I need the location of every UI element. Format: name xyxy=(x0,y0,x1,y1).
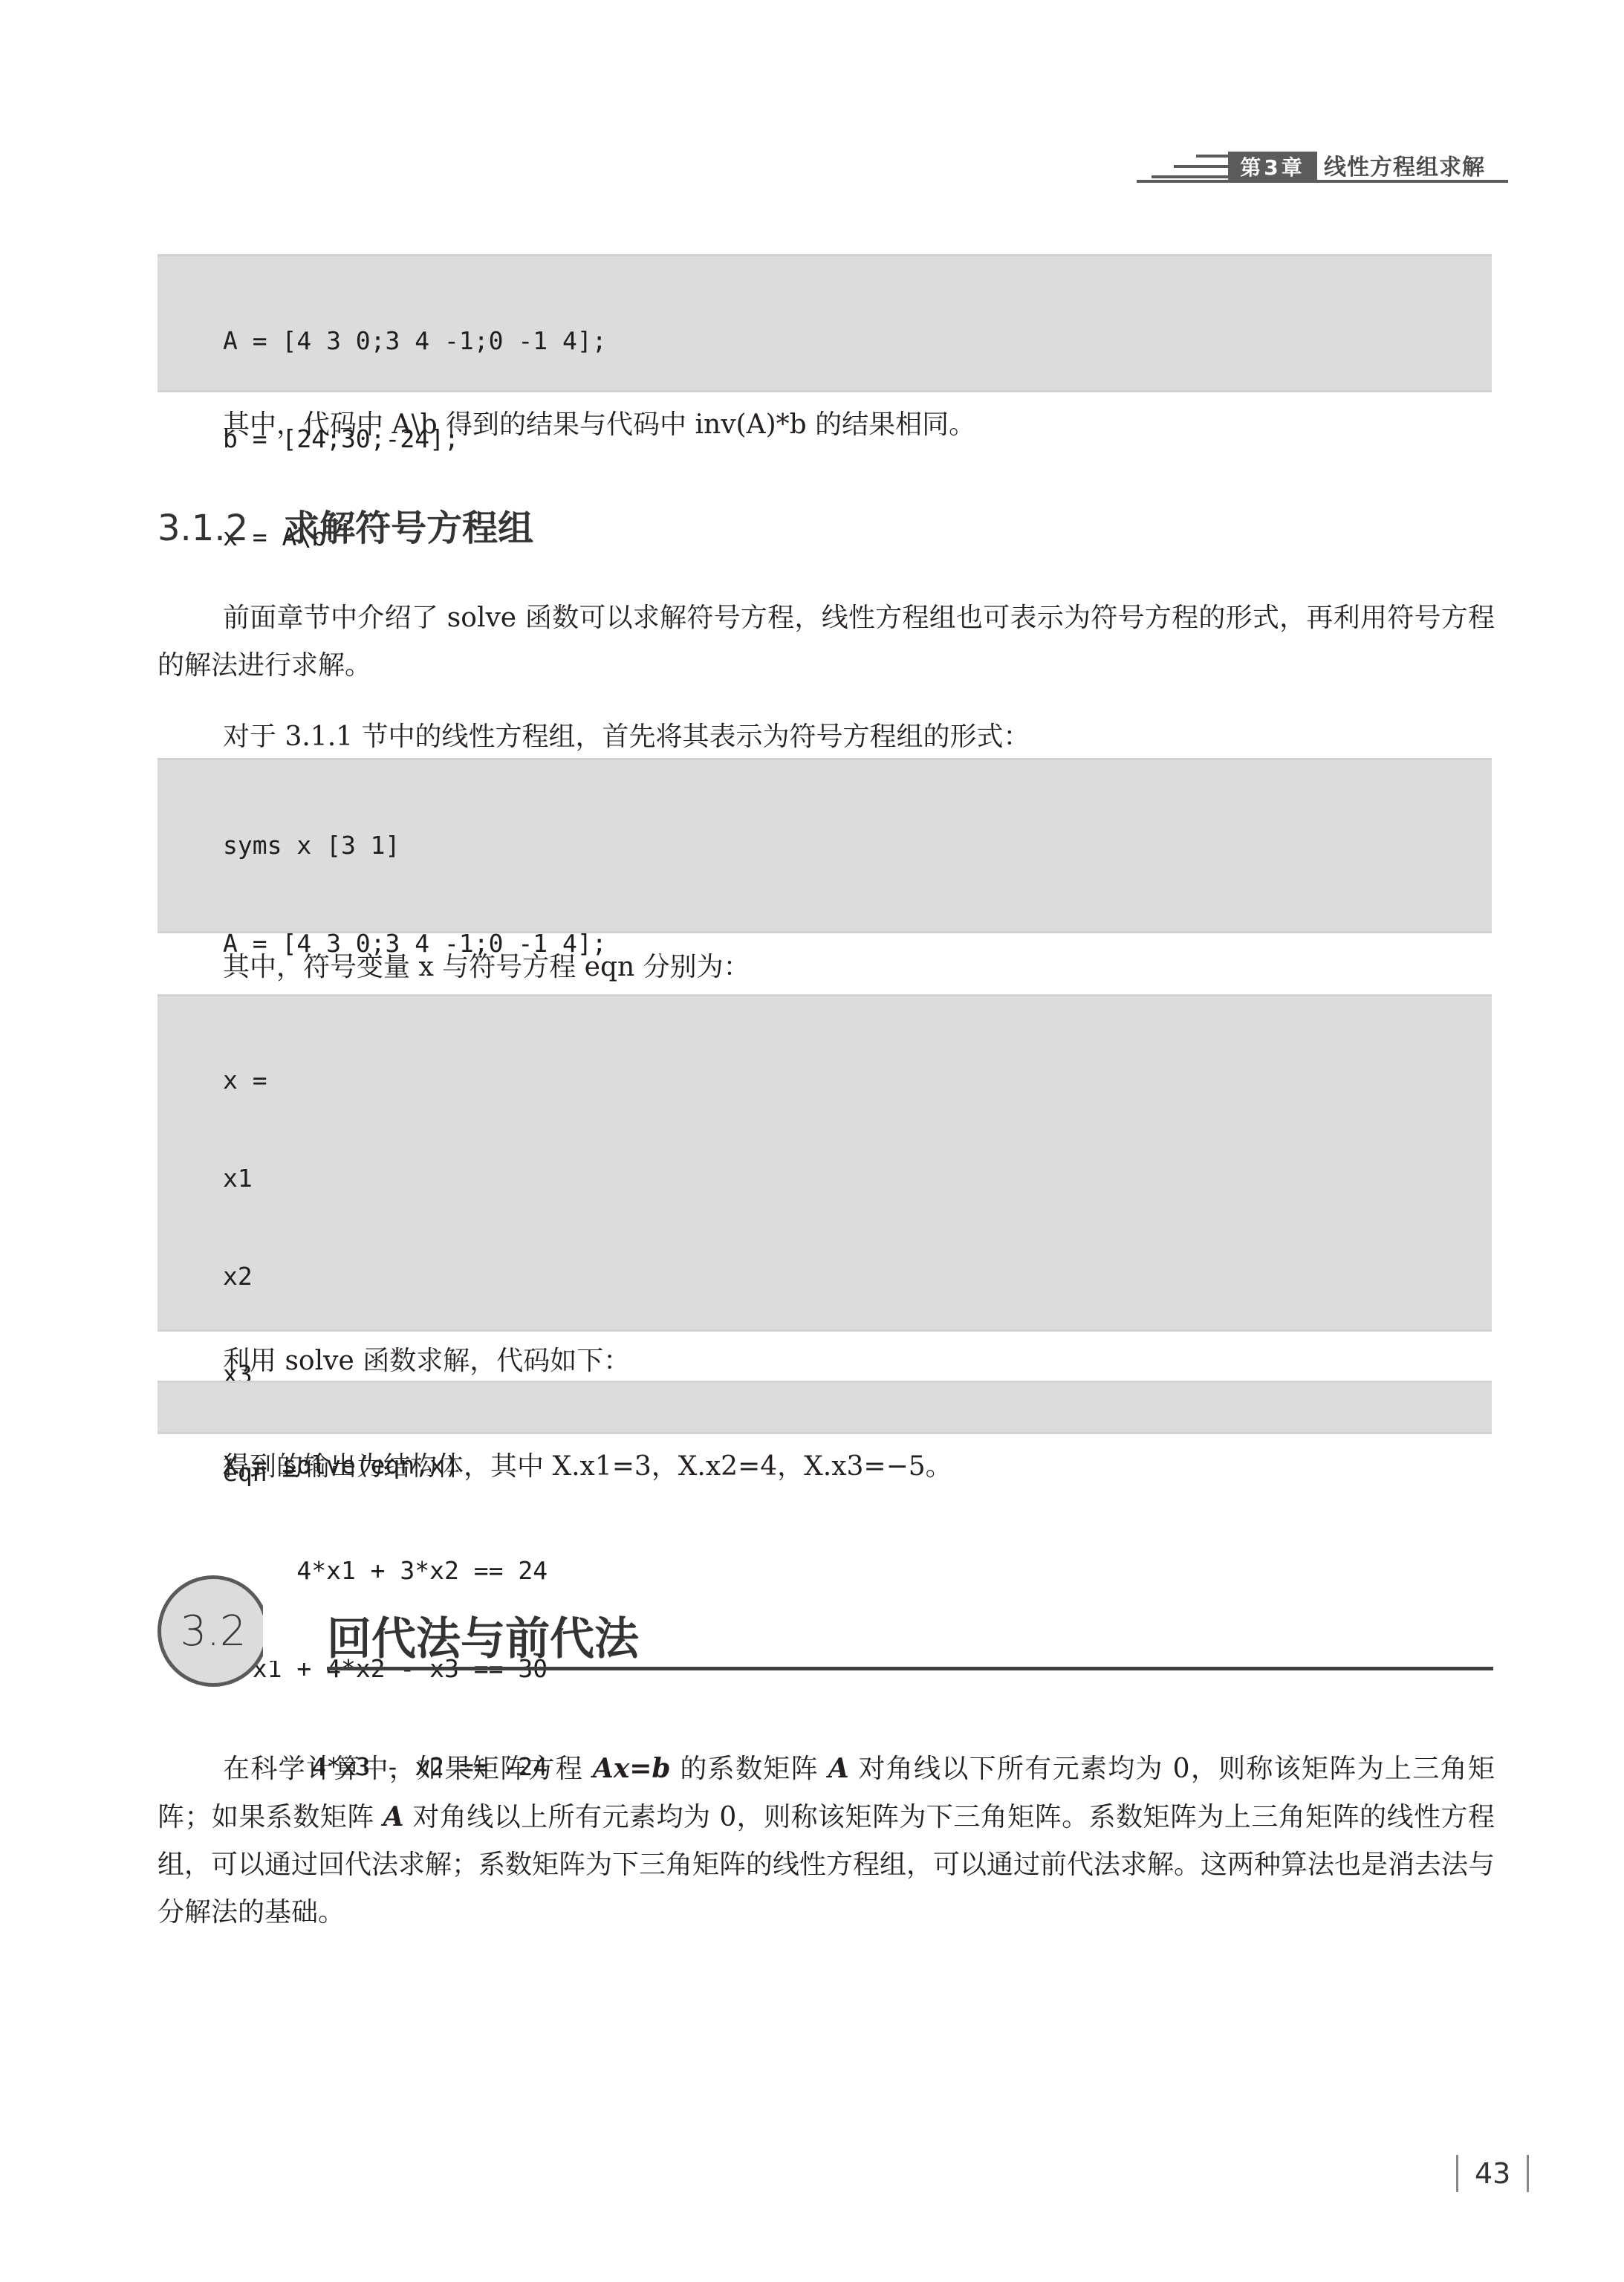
math-expression: A xyxy=(828,1753,849,1784)
section-number-badge: 3.2 xyxy=(157,1575,269,1687)
chapter-label: 第3章 xyxy=(1228,152,1317,181)
running-header: 第3章 线性方程组求解 xyxy=(1129,141,1516,186)
subsection-number: 3.1.2 xyxy=(157,508,248,549)
code-block-3: x = x1 x2 x3 eqn = 4*x1 + 3*x2 == 24 3*x… xyxy=(157,994,1492,1332)
chapter-title: 线性方程组求解 xyxy=(1324,149,1485,181)
code-line: syms x [3 1] xyxy=(223,826,1492,866)
code-line: A = [4 3 0;3 4 -1;0 -1 4]; xyxy=(223,321,1492,361)
paragraph: 得到的输出为结构体，其中 X.x1=3，X.x2=4，X.x3=−5。 xyxy=(157,1443,1495,1491)
text-run: 在科学计算中，如果矩阵方程 xyxy=(223,1754,593,1784)
code-block-2: syms x [3 1] A = [4 3 0;3 4 -1;0 -1 4]; … xyxy=(157,758,1492,933)
paragraph: 对于 3.1.1 节中的线性方程组，首先将其表示为符号方程组的形式： xyxy=(157,713,1495,761)
section-title: 回代法与前代法 xyxy=(327,1604,639,1667)
code-block-1: A = [4 3 0;3 4 -1;0 -1 4]; b = [24;30;-2… xyxy=(157,254,1492,392)
page-number-bar xyxy=(1456,2155,1458,2192)
page-number: 43 xyxy=(1456,2155,1529,2192)
section-rule xyxy=(327,1667,1493,1670)
paragraph: 利用 solve 函数求解，代码如下： xyxy=(157,1338,1495,1385)
paragraph: 在科学计算中，如果矩阵方程 Ax=b 的系数矩阵 A 对角线以下所有元素均为 0… xyxy=(157,1745,1495,1936)
math-expression: Ax=b xyxy=(593,1753,671,1784)
paragraph: 其中，代码中 A\b 得到的结果与代码中 inv(A)*b 的结果相同。 xyxy=(157,401,1495,449)
subsection-heading: 3.1.2求解符号方程组 xyxy=(157,499,533,551)
subsection-title: 求解符号方程组 xyxy=(284,508,533,549)
text-run: 的系数矩阵 xyxy=(671,1754,828,1784)
code-block-4: X = solve(eqn,x) xyxy=(157,1381,1492,1434)
paragraph: 前面章节中介绍了 solve 函数可以求解符号方程，线性方程组也可表示为符号方程… xyxy=(157,594,1495,690)
page-number-bar xyxy=(1527,2155,1529,2192)
badge-gap xyxy=(263,1601,278,1661)
code-line: x = xyxy=(223,1060,1492,1101)
code-line: x1 xyxy=(223,1158,1492,1199)
page-number-value: 43 xyxy=(1475,2157,1510,2190)
paragraph: 其中，符号变量 x 与符号方程 eqn 分别为： xyxy=(157,944,1495,991)
code-line: 4*x1 + 3*x2 == 24 xyxy=(223,1551,1492,1591)
math-expression: A xyxy=(383,1801,404,1832)
code-line: x2 xyxy=(223,1257,1492,1297)
